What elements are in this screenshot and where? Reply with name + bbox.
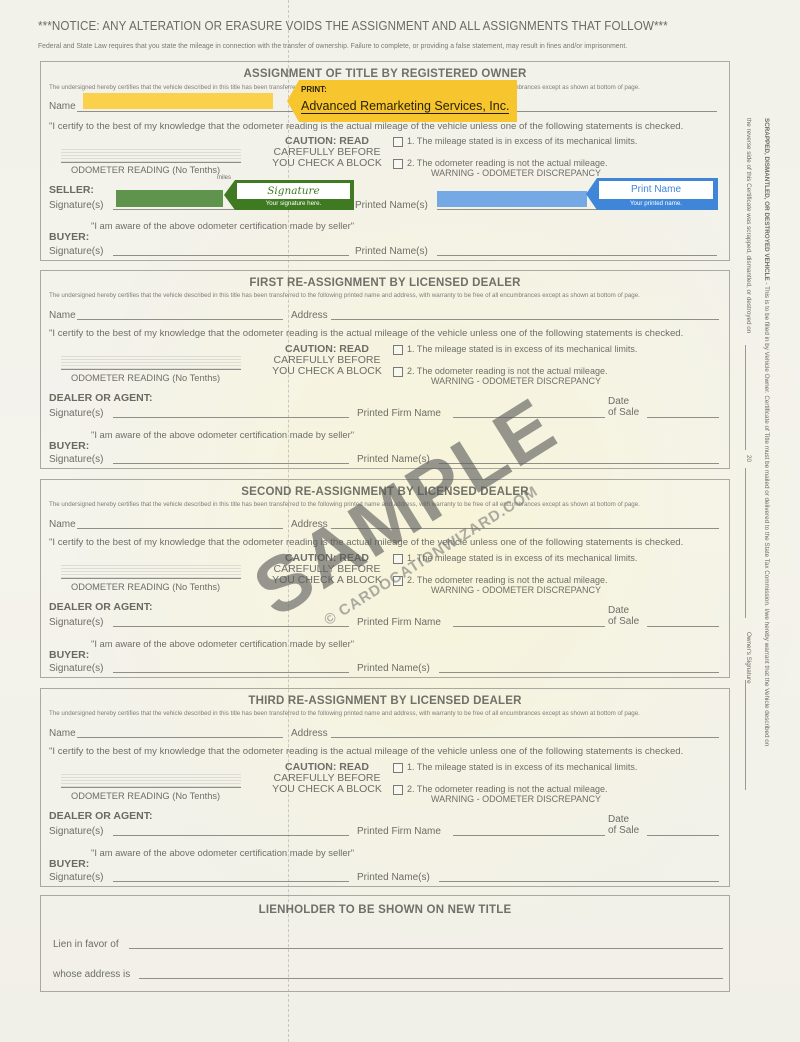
dealer-signature-label: Signature(s)	[49, 826, 103, 837]
lien-address-field[interactable]	[139, 978, 723, 979]
aware-text: "I am aware of the above odometer certif…	[91, 429, 354, 440]
print-callout: PRINT: Advanced Remarketing Services, In…	[287, 80, 517, 122]
dealer-label: DEALER OR AGENT:	[49, 601, 152, 613]
print-name-callout: Print Name Your printed name.	[586, 178, 718, 210]
name-field[interactable]	[77, 528, 283, 529]
odometer-certify: "I certify to the best of my knowledge t…	[49, 537, 683, 548]
date-of-sale-field[interactable]	[647, 626, 719, 627]
owner-signature-label: Owner's Signature	[745, 632, 752, 684]
odometer-field[interactable]	[61, 148, 241, 162]
section-lienholder: LIENHOLDER TO BE SHOWN ON NEW TITLE Lien…	[40, 895, 730, 992]
date-of-sale-field[interactable]	[647, 417, 719, 418]
of-sale-label: of Sale	[608, 616, 639, 627]
address-label: Address	[291, 519, 328, 530]
option-2-label: 2. The odometer reading is not the actua…	[407, 366, 607, 376]
name-label: Name	[49, 101, 76, 112]
buyer-signature-field[interactable]	[113, 463, 349, 464]
warning-label: WARNING - ODOMETER DISCREPANCY	[431, 376, 601, 386]
year-label: 20	[745, 455, 752, 462]
buyer-signature-label: Signature(s)	[49, 872, 103, 883]
title-document: ***NOTICE: ANY ALTERATION OR ERASURE VOI…	[0, 0, 800, 1042]
seller-printed-name-label: Printed Name(s)	[355, 200, 428, 211]
buyer-printed-name-label: Printed Name(s)	[355, 246, 428, 257]
buyer-printed-name-label: Printed Name(s)	[357, 663, 430, 674]
printed-firm-field[interactable]	[453, 417, 605, 418]
aware-text: "I am aware of the above odometer certif…	[91, 638, 354, 649]
option-1-label: 1. The mileage stated is in excess of it…	[407, 136, 637, 146]
name-field-highlight[interactable]	[83, 93, 273, 109]
seller-label: SELLER:	[49, 184, 94, 196]
section-title: SECOND RE-ASSIGNMENT BY LICENSED DEALER	[41, 486, 729, 498]
caution-text: CAUTION: READ CAREFULLY BEFORE YOU CHECK…	[257, 553, 397, 586]
checkbox-not-actual[interactable]	[393, 576, 403, 586]
odometer-field[interactable]	[61, 773, 241, 787]
date-label: Date	[608, 605, 629, 616]
caution-text: CAUTION: READ CAREFULLY BEFORE YOU CHECK…	[257, 762, 397, 795]
lien-field[interactable]	[129, 948, 723, 949]
section-first-reassignment: FIRST RE-ASSIGNMENT BY LICENSED DEALER T…	[40, 270, 730, 469]
address-label: Address	[291, 728, 328, 739]
date-label: Date	[608, 814, 629, 825]
aware-text: "I am aware of the above odometer certif…	[91, 847, 354, 858]
option-2-label: 2. The odometer reading is not the actua…	[407, 158, 607, 168]
dealer-signature-label: Signature(s)	[49, 408, 103, 419]
odometer-certify: "I certify to the best of my knowledge t…	[49, 328, 683, 339]
warning-label: WARNING - ODOMETER DISCREPANCY	[431, 168, 601, 178]
checkbox-mechanical-limits[interactable]	[393, 554, 403, 564]
section-title: LIENHOLDER TO BE SHOWN ON NEW TITLE	[41, 904, 729, 916]
odometer-field[interactable]	[61, 564, 241, 578]
buyer-signature-field[interactable]	[113, 672, 349, 673]
dealer-signature-field[interactable]	[113, 835, 349, 836]
buyer-label: BUYER:	[49, 858, 89, 870]
date-label: Date	[608, 396, 629, 407]
odometer-label: ODOMETER READING (No Tenths)	[71, 582, 220, 592]
buyer-signature-field[interactable]	[113, 881, 349, 882]
miles-label: miles	[217, 175, 231, 181]
buyer-signature-label: Signature(s)	[49, 246, 103, 257]
buyer-printed-name-field[interactable]	[439, 881, 719, 882]
name-label: Name	[49, 728, 76, 739]
scrapped-reverse-text: the reverse side of this Certificate was…	[745, 118, 752, 333]
lien-address-label: whose address is	[53, 969, 130, 980]
odometer-certify: "I certify to the best of my knowledge t…	[49, 121, 683, 132]
printed-firm-label: Printed Firm Name	[357, 617, 441, 628]
checkbox-not-actual[interactable]	[393, 785, 403, 795]
lien-label: Lien in favor of	[53, 939, 119, 950]
seller-printed-name-highlight[interactable]	[437, 191, 587, 207]
buyer-printed-name-field[interactable]	[437, 255, 717, 256]
seller-signature-label: Signature(s)	[49, 200, 103, 211]
section-title: THIRD RE-ASSIGNMENT BY LICENSED DEALER	[41, 695, 729, 707]
buyer-signature-label: Signature(s)	[49, 663, 103, 674]
name-field[interactable]	[77, 319, 283, 320]
buyer-printed-name-field[interactable]	[439, 463, 719, 464]
checkbox-not-actual[interactable]	[393, 159, 403, 169]
year-field[interactable]	[745, 468, 746, 618]
odometer-field[interactable]	[61, 355, 241, 369]
address-field[interactable]	[331, 319, 719, 320]
section-third-reassignment: THIRD RE-ASSIGNMENT BY LICENSED DEALER T…	[40, 688, 730, 887]
scrapped-date-field[interactable]	[745, 345, 746, 450]
printed-firm-field[interactable]	[453, 835, 605, 836]
buyer-label: BUYER:	[49, 440, 89, 452]
of-sale-label: of Sale	[608, 825, 639, 836]
address-field[interactable]	[331, 737, 719, 738]
name-label: Name	[49, 310, 76, 321]
buyer-signature-field[interactable]	[113, 255, 349, 256]
buyer-printed-name-field[interactable]	[439, 672, 719, 673]
option-1-label: 1. The mileage stated is in excess of it…	[407, 344, 637, 354]
odometer-label: ODOMETER READING (No Tenths)	[71, 165, 220, 175]
notice-heading: ***NOTICE: ANY ALTERATION OR ERASURE VOI…	[38, 19, 668, 33]
buyer-printed-name-label: Printed Name(s)	[357, 454, 430, 465]
dealer-signature-label: Signature(s)	[49, 617, 103, 628]
buyer-printed-name-label: Printed Name(s)	[357, 872, 430, 883]
printed-firm-field[interactable]	[453, 626, 605, 627]
certify-text: The undersigned hereby certifies that th…	[49, 710, 640, 717]
printed-firm-label: Printed Firm Name	[357, 826, 441, 837]
buyer-signature-label: Signature(s)	[49, 454, 103, 465]
buyer-label: BUYER:	[49, 231, 89, 243]
option-1-label: 1. The mileage stated is in excess of it…	[407, 762, 637, 772]
caution-text: CAUTION: READ CAREFULLY BEFORE YOU CHECK…	[257, 344, 397, 377]
print-value: Advanced Remarketing Services, Inc.	[301, 99, 509, 114]
dealer-signature-field[interactable]	[113, 417, 349, 418]
checkbox-mechanical-limits[interactable]	[393, 137, 403, 147]
odometer-label: ODOMETER READING (No Tenths)	[71, 373, 220, 383]
dealer-signature-field[interactable]	[113, 626, 349, 627]
address-field[interactable]	[331, 528, 719, 529]
checkbox-not-actual[interactable]	[393, 367, 403, 377]
option-2-label: 2. The odometer reading is not the actua…	[407, 575, 607, 585]
certify-text: The undersigned hereby certifies that th…	[49, 501, 640, 508]
certify-text: The undersigned hereby certifies that th…	[49, 292, 640, 299]
option-2-label: 2. The odometer reading is not the actua…	[407, 784, 607, 794]
checkbox-mechanical-limits[interactable]	[393, 763, 403, 773]
aware-text: "I am aware of the above odometer certif…	[91, 220, 354, 231]
seller-signature-highlight[interactable]	[116, 190, 223, 207]
name-label: Name	[49, 519, 76, 530]
section-title: FIRST RE-ASSIGNMENT BY LICENSED DEALER	[41, 277, 729, 289]
law-notice: Federal and State Law requires that you …	[38, 41, 627, 50]
odometer-certify: "I certify to the best of my knowledge t…	[49, 746, 683, 757]
date-of-sale-field[interactable]	[647, 835, 719, 836]
option-1-label: 1. The mileage stated is in excess of it…	[407, 553, 637, 563]
address-label: Address	[291, 310, 328, 321]
signature-callout: Signature Your signature here.	[224, 180, 354, 210]
warning-label: WARNING - ODOMETER DISCREPANCY	[431, 585, 601, 595]
checkbox-mechanical-limits[interactable]	[393, 345, 403, 355]
warning-label: WARNING - ODOMETER DISCREPANCY	[431, 794, 601, 804]
dealer-label: DEALER OR AGENT:	[49, 392, 152, 404]
dealer-label: DEALER OR AGENT:	[49, 810, 152, 822]
owner-signature-field[interactable]	[745, 680, 746, 790]
scrapped-vehicle-text: SCRAPPED, DISMANTLED, OR DESTROYED VEHIC…	[763, 118, 770, 746]
section-title: ASSIGNMENT OF TITLE BY REGISTERED OWNER	[41, 68, 729, 80]
section-second-reassignment: SECOND RE-ASSIGNMENT BY LICENSED DEALER …	[40, 479, 730, 678]
odometer-label: ODOMETER READING (No Tenths)	[71, 791, 220, 801]
name-field[interactable]	[77, 737, 283, 738]
of-sale-label: of Sale	[608, 407, 639, 418]
caution-text: CAUTION: READ CAREFULLY BEFORE YOU CHECK…	[257, 136, 397, 169]
buyer-label: BUYER:	[49, 649, 89, 661]
printed-firm-label: Printed Firm Name	[357, 408, 441, 419]
